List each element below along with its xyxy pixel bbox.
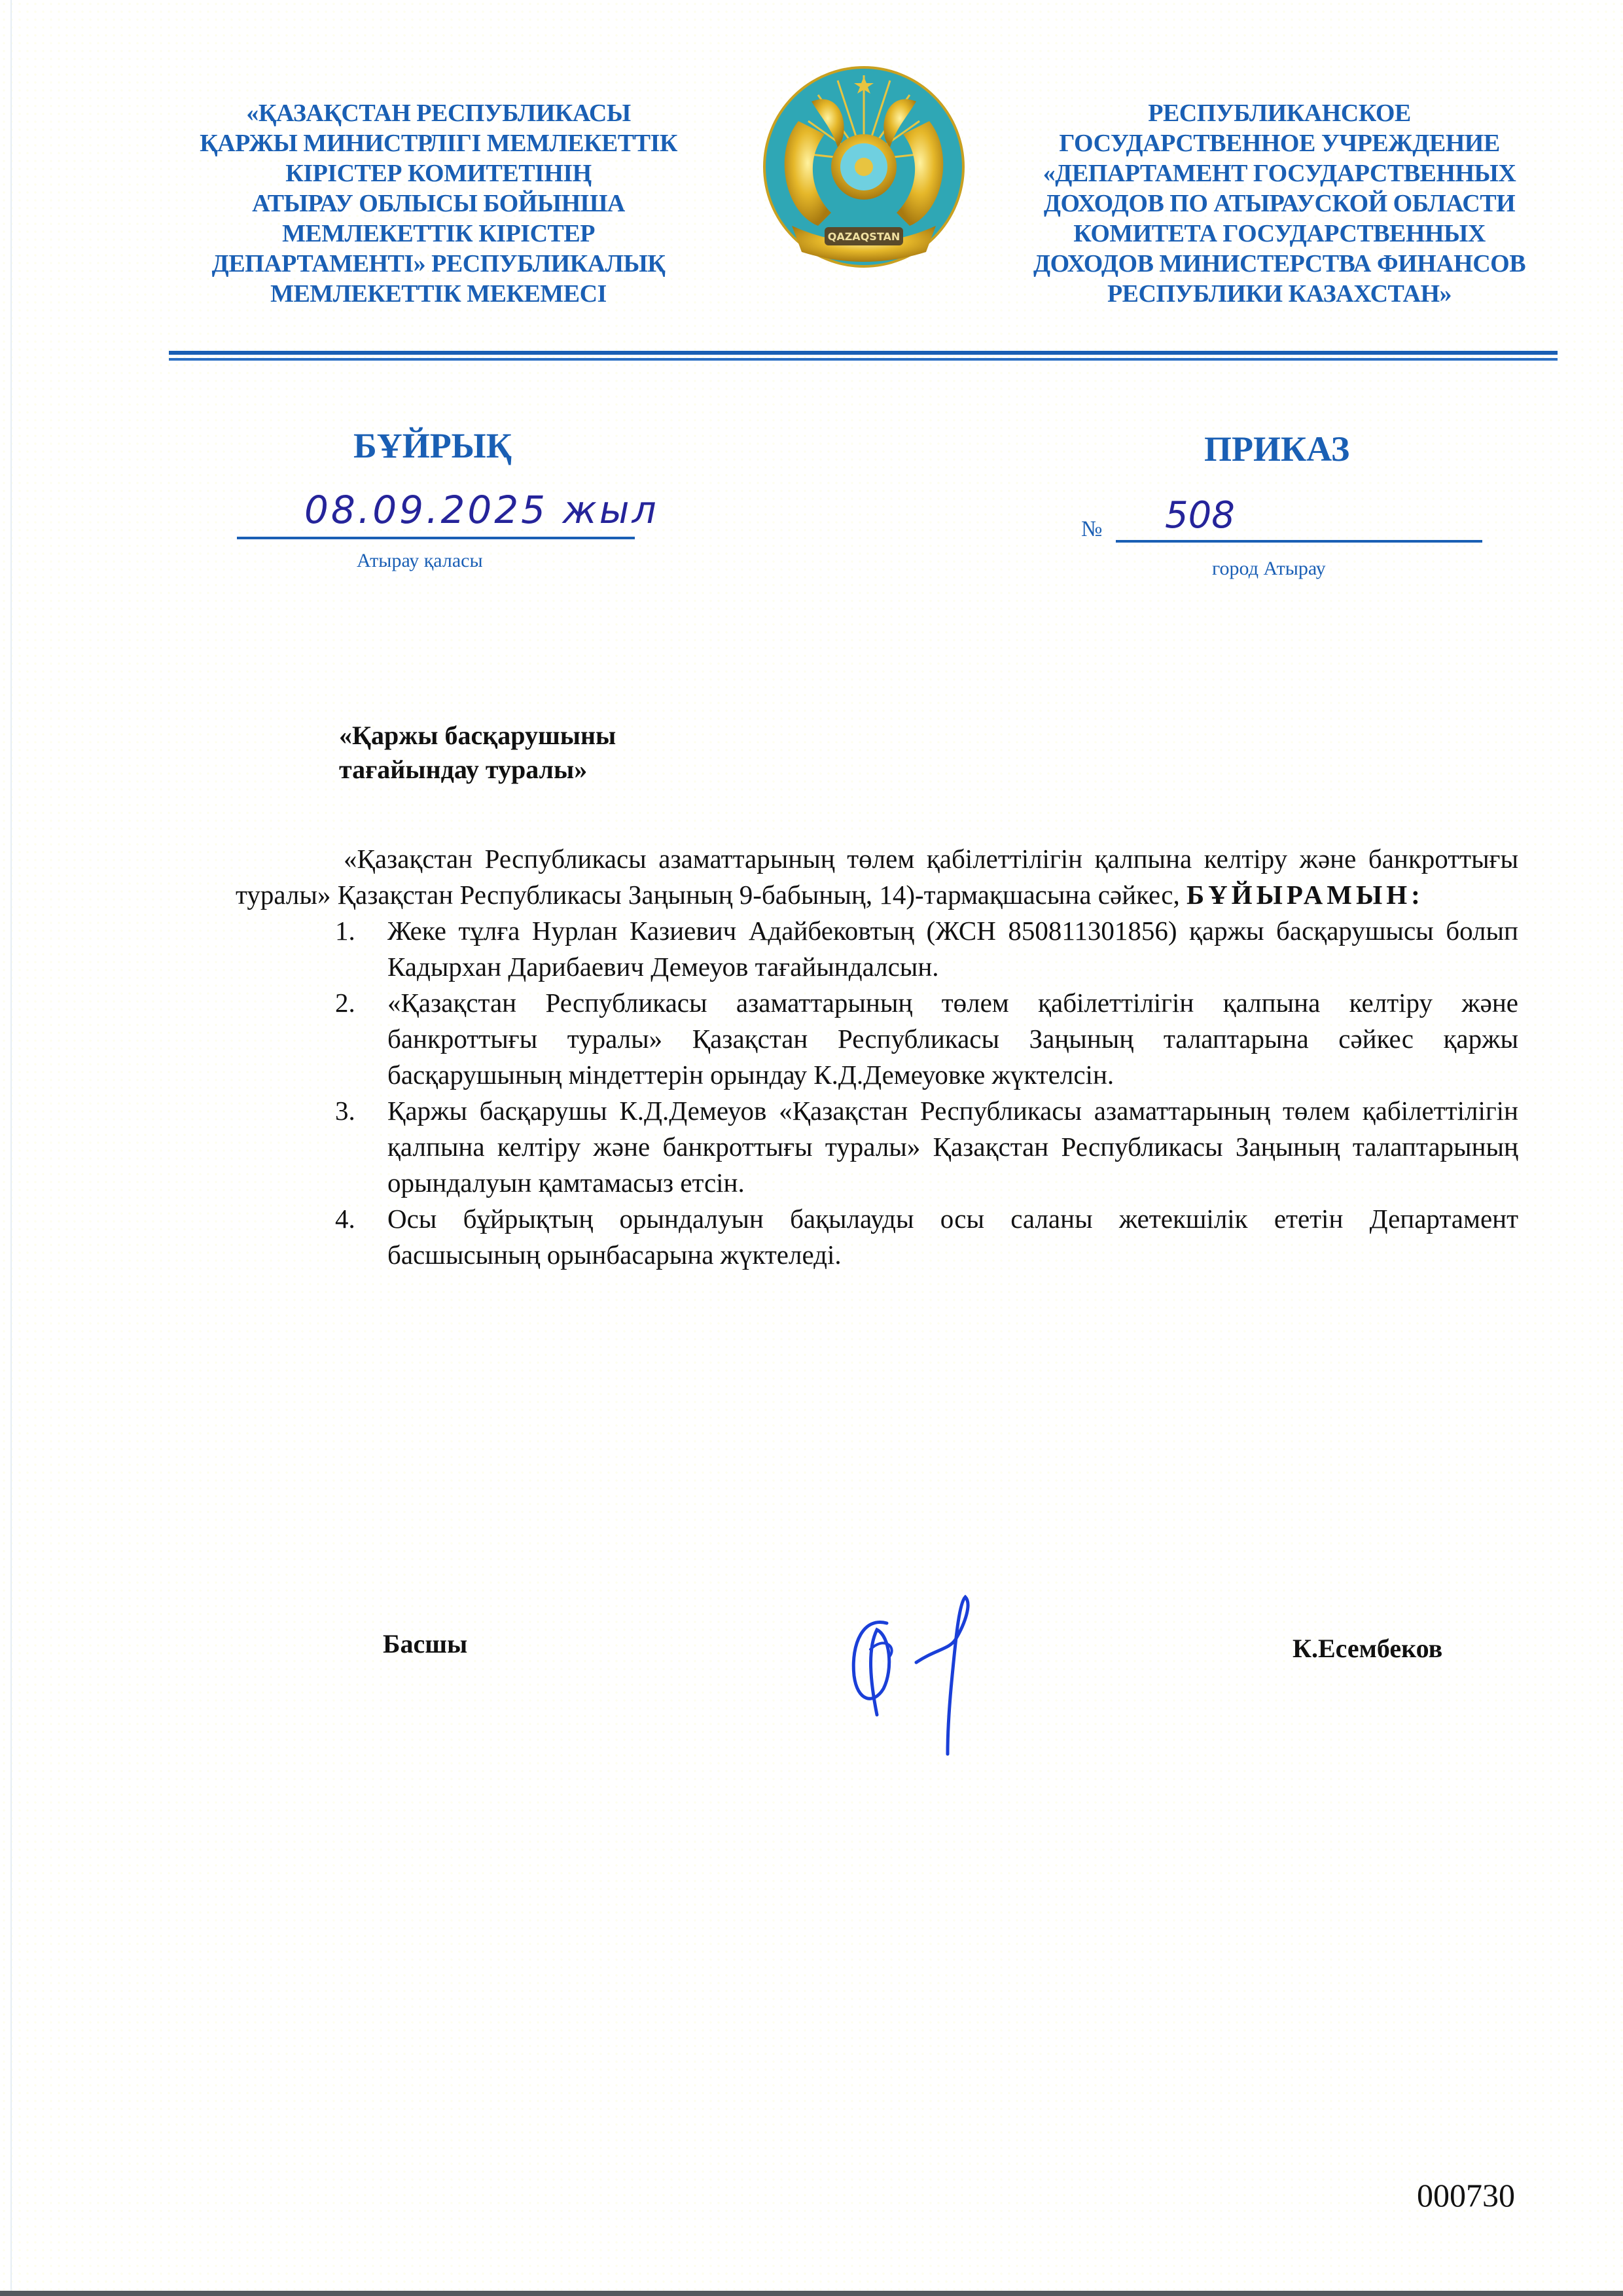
header-ru-line: ДОХОДОВ МИНИСТЕРСТВА ФИНАНСОВ — [1001, 249, 1558, 279]
header-kz-line: КІРІСТЕР КОМИТЕТІНІҢ — [177, 158, 700, 188]
order-item: 4. Осы бұйрықтың орындалуын бақылауды ос… — [387, 1201, 1518, 1273]
order-title-kz: БҰЙРЫҚ — [353, 425, 512, 466]
subject-line: «Қаржы басқарушыны — [339, 719, 616, 753]
kazakhstan-emblem-icon: QAZAQSTAN — [759, 62, 969, 278]
order-item: 2. «Қазақстан Республикасы азаматтарының… — [387, 985, 1518, 1093]
order-date-handwritten: 08.09.2025 жыл — [304, 488, 659, 532]
order-title-ru: ПРИКАЗ — [1204, 429, 1349, 469]
preamble-paragraph: «Қазақстан Республикасы азаматтарының тө… — [236, 841, 1518, 913]
order-subject: «Қаржы басқарушыны тағайындау туралы» — [339, 719, 616, 787]
order-item-text: Қаржы басқарушы К.Д.Демеуов «Қазақстан Р… — [387, 1096, 1518, 1198]
order-items-list: 1. Жеке тұлға Нурлан Казиевич Адайбековт… — [236, 913, 1518, 1273]
header-divider-thin — [169, 358, 1558, 361]
header-ru-line: КОМИТЕТА ГОСУДАРСТВЕННЫХ — [1001, 219, 1558, 249]
signatory-name: К.Есембеков — [1293, 1633, 1442, 1664]
number-sign: № — [1081, 517, 1102, 542]
order-item-text: Осы бұйрықтың орындалуын бақылауды осы с… — [387, 1204, 1518, 1270]
signatory-role: Басшы — [383, 1628, 467, 1659]
header-ru-line: ДОХОДОВ ПО АТЫРАУСКОЙ ОБЛАСТИ — [1001, 188, 1558, 219]
header-kz-line: АТЫРАУ ОБЛЫСЫ БОЙЫНША — [177, 188, 700, 219]
order-item-text: Жеке тұлға Нурлан Казиевич Адайбековтың … — [387, 916, 1518, 982]
scan-left-edge — [10, 0, 12, 2296]
header-kz-line: ДЕПАРТАМЕНТІ» РЕСПУБЛИКАЛЫҚ — [177, 249, 700, 279]
scan-bottom-edge — [0, 2291, 1623, 2296]
header-divider-thick — [169, 351, 1558, 355]
order-item: 1. Жеке тұлға Нурлан Казиевич Адайбековт… — [387, 913, 1518, 985]
header-kz-line: МЕМЛЕКЕТТІК МЕКЕМЕСІ — [177, 279, 700, 309]
directive-word: БҰЙЫРАМЫН: — [1186, 880, 1424, 910]
header-ru-line: РЕСПУБЛИКАНСКОЕ — [1001, 98, 1558, 128]
handwritten-signature-icon — [825, 1590, 1041, 1761]
header-kz-line: МЕМЛЕКЕТТІК КІРІСТЕР — [177, 219, 700, 249]
order-number-handwritten: 508 — [1165, 494, 1235, 537]
order-item-number: 2. — [335, 985, 355, 1021]
header-ru-line: «ДЕПАРТАМЕНТ ГОСУДАРСТВЕННЫХ — [1001, 158, 1558, 188]
header-ru-line: ГОСУДАРСТВЕННОЕ УЧРЕЖДЕНИЕ — [1001, 128, 1558, 158]
city-ru: город Атырау — [1212, 558, 1326, 580]
date-underline — [237, 537, 635, 539]
subject-line: тағайындау туралы» — [339, 753, 616, 787]
header-kz-line: ҚАРЖЫ МИНИСТРЛІГІ МЕМЛЕКЕТТІК — [177, 128, 700, 158]
svg-text:QAZAQSTAN: QAZAQSTAN — [828, 230, 901, 243]
header-kz-line: «ҚАЗАҚСТАН РЕСПУБЛИКАСЫ — [177, 98, 700, 128]
header-ru-organization: РЕСПУБЛИКАНСКОЕ ГОСУДАРСТВЕННОЕ УЧРЕЖДЕН… — [1001, 98, 1558, 309]
order-item-number: 4. — [335, 1201, 355, 1237]
registration-number: 000730 — [1417, 2176, 1515, 2214]
city-kz: Атырау қаласы — [357, 550, 483, 572]
order-item: 3. Қаржы басқарушы К.Д.Демеуов «Қазақста… — [387, 1093, 1518, 1201]
order-item-text: «Қазақстан Республикасы азаматтарының тө… — [387, 988, 1518, 1090]
order-body: «Қазақстан Республикасы азаматтарының тө… — [236, 841, 1518, 1273]
order-item-number: 1. — [335, 913, 355, 949]
number-underline — [1116, 540, 1482, 543]
order-item-number: 3. — [335, 1093, 355, 1129]
header-ru-line: РЕСПУБЛИКИ КАЗАХСТАН» — [1001, 279, 1558, 309]
header-kz-organization: «ҚАЗАҚСТАН РЕСПУБЛИКАСЫ ҚАРЖЫ МИНИСТРЛІГ… — [177, 98, 700, 309]
